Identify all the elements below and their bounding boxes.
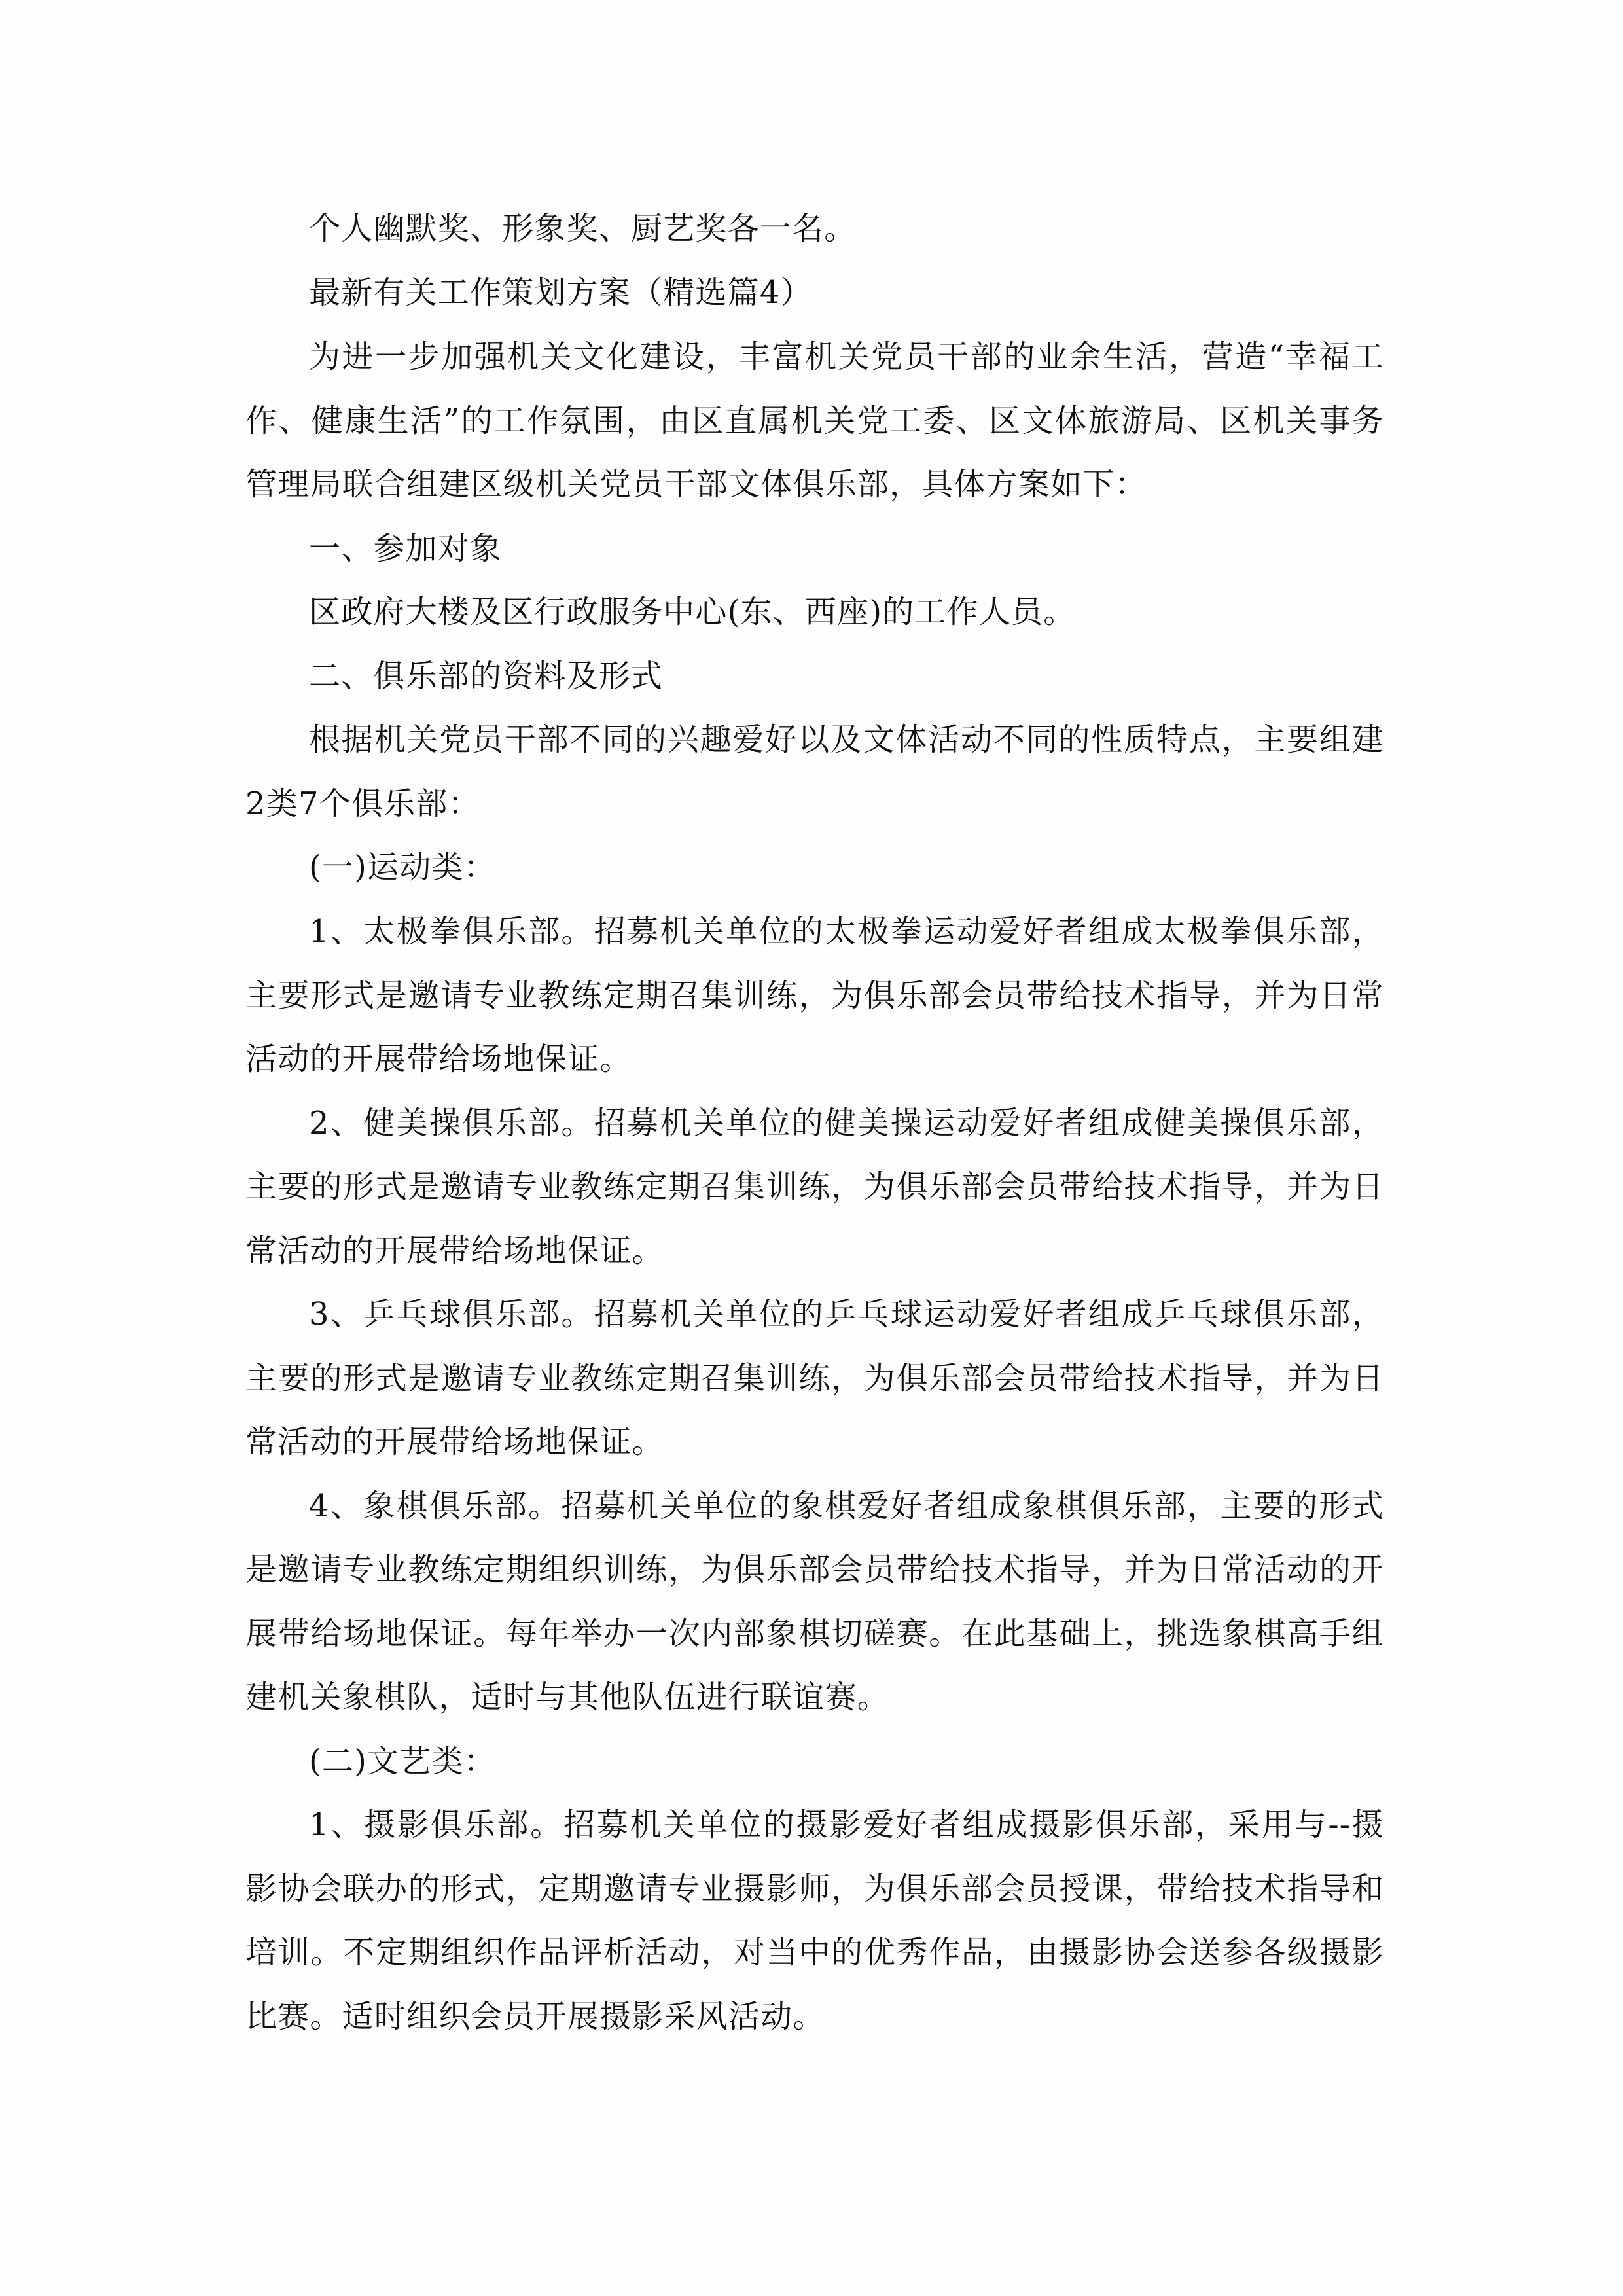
text-line: 为进一步加强机关文化建设，丰富机关党员干部的业余生活，营造“幸福工 [309,337,1384,376]
text-line: 3、乒乓球俱乐部。招募机关单位的乒乓球运动爱好者组成乒乓球俱乐部， [309,1295,1384,1334]
text-line: 主要形式是邀请专业教练定期召集训练，为俱乐部会员带给技术指导，并为日常 [245,976,1384,1015]
text-line: 根据机关党员干部不同的兴趣爱好以及文体活动不同的性质特点，主要组建 [309,720,1384,759]
text-line: 主要的形式是邀请专业教练定期召集训练，为俱乐部会员带给技术指导，并为日 [245,1167,1384,1206]
text-line: 个人幽默奖、形象奖、厨艺奖各一名。 [309,209,1448,248]
text-line: 1、太极拳俱乐部。招募机关单位的太极拳运动爱好者组成太极拳俱乐部， [309,912,1384,951]
text-line: 管理局联合组建区级机关党员干部文体俱乐部，具体方案如下： [245,465,1384,504]
text-line: 2类7个俱乐部： [245,784,1384,823]
text-line: 常活动的开展带给场地保证。 [245,1231,1384,1270]
text-line: 常活动的开展带给场地保证。 [245,1422,1384,1462]
text-line: 2、健美操俱乐部。招募机关单位的健美操运动爱好者组成健美操俱乐部， [309,1103,1384,1143]
section-title: 最新有关工作策划方案（精选篇4） [309,273,1448,312]
section-heading: 一、参加对象 [309,529,1448,568]
document-page: 个人幽默奖、形象奖、厨艺奖各一名。 最新有关工作策划方案（精选篇4） 为进一步加… [0,0,1623,2296]
text-line: 影协会联办的形式，定期邀请专业摄影师，为俱乐部会员授课，带给技术指导和 [245,1869,1384,1909]
subsection-heading: (二)文艺类： [309,1742,1448,1781]
section-heading: 二、俱乐部的资料及形式 [309,656,1448,696]
text-line: 是邀请专业教练定期组织训练，为俱乐部会员带给技术指导，并为日常活动的开 [245,1550,1384,1589]
text-line: 区政府大楼及区行政服务中心(东、西座)的工作人员。 [309,592,1448,632]
text-line: 作、健康生活”的工作氛围，由区直属机关党工委、区文体旅游局、区机关事务 [245,401,1384,440]
subsection-heading: (一)运动类： [309,848,1448,887]
text-line: 1、摄影俱乐部。招募机关单位的摄影爱好者组成摄影俱乐部，采用与--摄 [309,1805,1384,1844]
text-line: 建机关象棋队，适时与其他队伍进行联谊赛。 [245,1677,1384,1717]
text-line: 主要的形式是邀请专业教练定期召集训练，为俱乐部会员带给技术指导，并为日 [245,1359,1384,1398]
text-line: 活动的开展带给场地保证。 [245,1039,1384,1079]
text-line: 培训。不定期组织作品评析活动，对当中的优秀作品，由摄影协会送参各级摄影 [245,1933,1384,1972]
text-line: 比赛。适时组织会员开展摄影采风活动。 [245,1997,1384,2036]
text-line: 展带给场地保证。每年举办一次内部象棋切磋赛。在此基础上，挑选象棋高手组 [245,1614,1384,1653]
text-line: 4、象棋俱乐部。招募机关单位的象棋爱好者组成象棋俱乐部，主要的形式 [309,1486,1384,1526]
